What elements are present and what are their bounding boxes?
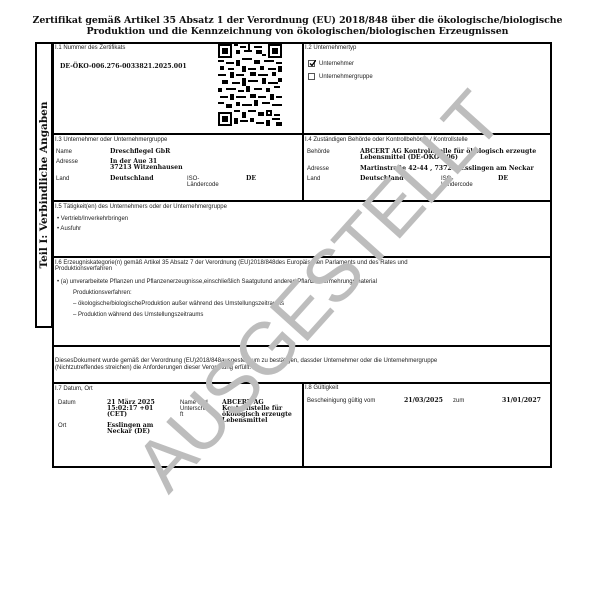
authority-iso-label-2: Ländercode [441, 182, 473, 189]
operator-type-label: I.2 Unternehmertyp [305, 45, 356, 51]
operator-iso-value: DE [246, 176, 256, 183]
document-title: Zertifikat gemäß Artikel 35 Absatz 1 der… [0, 16, 595, 37]
authority-line2: Lebensmittel (DE-ÖKO-006) [360, 155, 458, 162]
control-authority-label: I.4 Zuständigen Behörde oder Kontrollbeh… [305, 137, 468, 143]
checkbox-operator-group[interactable] [308, 73, 315, 80]
place-line-2: Neckar (DE) [107, 429, 150, 436]
qr-code-icon [218, 44, 282, 126]
valid-from-value: 21/03/2025 [404, 398, 443, 405]
operator-name-label: Name [56, 149, 72, 156]
statement-line-2: (Nichtzutreffendes streichen) die Anford… [55, 365, 251, 372]
signature-label-3: ft [180, 412, 183, 419]
date-line-3: (CET) [107, 412, 127, 419]
activity-item: • Ausfuhr [57, 226, 81, 233]
title-line-1: Zertifikat gemäß Artikel 35 Absatz 1 der… [0, 16, 595, 27]
activities-label: I.5 Tätigkeit(en) des Unternehmers oder … [55, 204, 227, 210]
production-method-item: – Produktion während des Umstellungszeit… [73, 312, 203, 319]
box-validity [302, 382, 552, 468]
box-date-place [52, 382, 304, 468]
operator-iso-label-2: Ländercode [187, 182, 219, 189]
checkmark-icon [309, 60, 316, 67]
operator-country-label: Land [56, 176, 69, 183]
option-operator-group-label: Unternehmergruppe [319, 74, 373, 81]
validity-label: I.8 Gültigkeit [305, 385, 338, 391]
production-method-item: – ökologische/biologischeProduktion auße… [73, 301, 284, 308]
valid-to-label: zum [453, 398, 464, 405]
operator-section-label: I.3 Unternehmer oder Unternehmergruppe [55, 137, 167, 143]
title-line-2: Produktion und die Kennzeichnung von öko… [0, 27, 595, 38]
authority-address-label: Adresse [307, 166, 329, 173]
statement-line-1: DiesesDokument wurde gemäß der Verordnun… [55, 358, 437, 365]
date-place-label: I.7 Datum, Ort [55, 386, 93, 392]
authority-label: Behörde [307, 149, 330, 156]
production-methods-label: Produktionsverfahren: [73, 290, 132, 297]
operator-address-line2: 37213 Witzenhausen [110, 165, 183, 172]
checkbox-operator[interactable] [308, 60, 315, 67]
signature-line-4: Lebensmittel [222, 418, 267, 425]
authority-country-label: Land [307, 176, 320, 183]
product-category-item: • (a) unverarbeitete Pflanzen und Pflanz… [57, 279, 377, 286]
certificate-number-label: I.1 Nummer des Zertifikats [55, 45, 125, 51]
option-operator-label: Unternehmer [319, 61, 354, 68]
authority-country-value: Deutschland [360, 176, 404, 183]
authority-iso-value: DE [498, 176, 508, 183]
sidebar-label: Teil I: Verbindliche Angaben [37, 44, 51, 326]
date-label: Datum [58, 400, 76, 407]
activity-item: • Vertrieb/Inverkehrbringen [57, 216, 128, 223]
product-categories-label-2: Produktionsverfahren [55, 266, 112, 272]
valid-from-label: Bescheinigung gültig vom [307, 398, 375, 405]
operator-name-value: Dreschflegel GbR [110, 149, 170, 156]
place-label: Ort [58, 423, 66, 430]
certificate-number-value: DE-ÖKO-006.276-0033821.2025.001 [60, 64, 187, 71]
operator-country-value: Deutschland [110, 176, 154, 183]
signature-label-2: Unterschri [180, 406, 207, 413]
box-operator-type [302, 42, 552, 135]
authority-address-value: Martinstraße 42-44 , 73728, Esslingen am… [360, 166, 534, 173]
operator-address-label: Adresse [56, 159, 78, 166]
valid-to-value: 31/01/2027 [502, 398, 541, 405]
section-sidebar: Teil I: Verbindliche Angaben [35, 42, 53, 328]
